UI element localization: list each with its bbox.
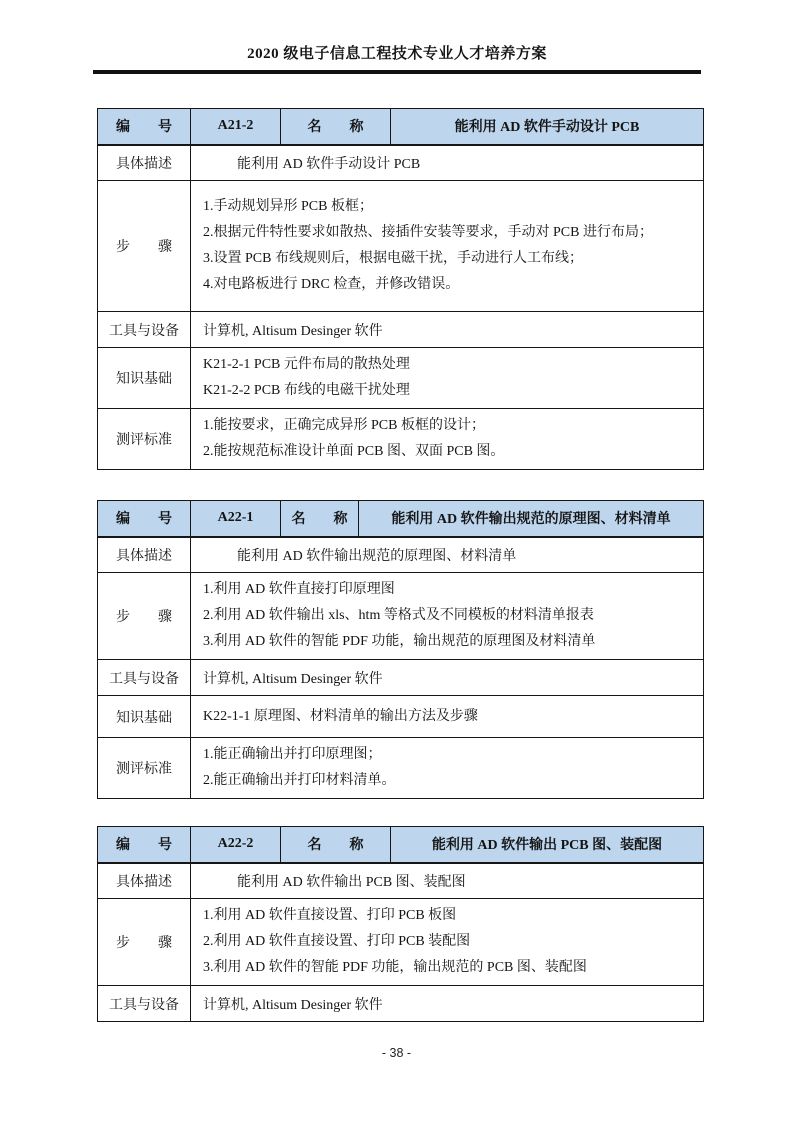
assessment-label: 测评标准 — [98, 738, 191, 799]
tools-label: 工具与设备 — [98, 986, 191, 1022]
knowledge-value: K21-2-1 PCB 元件布局的散热处理 K21-2-2 PCB 布线的电磁干… — [191, 348, 704, 409]
knowledge-label: 知识基础 — [98, 348, 191, 409]
assessment-row: 测评标准 1.能正确输出并打印原理图； 2.能正确输出并打印材料清单。 — [98, 738, 704, 799]
description-label: 具体描述 — [98, 537, 191, 573]
table-header-row: 编 号 A21-2 名 称 能利用 AD 软件手动设计 PCB — [98, 109, 704, 145]
competency-id: A22-1 — [191, 501, 281, 537]
knowledge-label: 知识基础 — [98, 696, 191, 738]
knowledge-row: 知识基础 K22-1-1 原理图、材料清单的输出方法及步骤 — [98, 696, 704, 738]
competency-name: 能利用 AD 软件输出规范的原理图、材料清单 — [359, 501, 704, 537]
assessment-label: 测评标准 — [98, 409, 191, 470]
description-value: 能利用 AD 软件输出 PCB 图、装配图 — [191, 863, 704, 899]
assessment-row: 测评标准 1.能按要求，正确完成异形 PCB 板框的设计； 2.能按规范标准设计… — [98, 409, 704, 470]
steps-value: 1.利用 AD 软件直接设置、打印 PCB 板图 2.利用 AD 软件直接设置、… — [191, 899, 704, 986]
steps-row: 步 骤 1.手动规划异形 PCB 板框； 2.根据元件特性要求如散热、接插件安装… — [98, 181, 704, 312]
name-label: 名 称 — [281, 501, 359, 537]
steps-row: 步 骤 1.利用 AD 软件直接设置、打印 PCB 板图 2.利用 AD 软件直… — [98, 899, 704, 986]
knowledge-value: K22-1-1 原理图、材料清单的输出方法及步骤 — [191, 696, 704, 738]
name-label: 名 称 — [281, 827, 391, 863]
tools-value: 计算机, Altisum Desinger 软件 — [191, 660, 704, 696]
competency-table-a21-2: 编 号 A21-2 名 称 能利用 AD 软件手动设计 PCB 具体描述 能利用… — [97, 108, 704, 470]
assessment-value: 1.能正确输出并打印原理图； 2.能正确输出并打印材料清单。 — [191, 738, 704, 799]
knowledge-row: 知识基础 K21-2-1 PCB 元件布局的散热处理 K21-2-2 PCB 布… — [98, 348, 704, 409]
steps-label: 步 骤 — [98, 573, 191, 660]
competency-name: 能利用 AD 软件手动设计 PCB — [391, 109, 704, 145]
table-header-row: 编 号 A22-2 名 称 能利用 AD 软件输出 PCB 图、装配图 — [98, 827, 704, 863]
description-value: 能利用 AD 软件手动设计 PCB — [191, 145, 704, 181]
name-label: 名 称 — [281, 109, 391, 145]
description-row: 具体描述 能利用 AD 软件手动设计 PCB — [98, 145, 704, 181]
tools-row: 工具与设备 计算机, Altisum Desinger 软件 — [98, 660, 704, 696]
tools-row: 工具与设备 计算机, Altisum Desinger 软件 — [98, 986, 704, 1022]
assessment-value: 1.能按要求，正确完成异形 PCB 板框的设计； 2.能按规范标准设计单面 PC… — [191, 409, 704, 470]
competency-table-a22-2: 编 号 A22-2 名 称 能利用 AD 软件输出 PCB 图、装配图 具体描述… — [97, 826, 704, 1022]
competency-table-a22-1: 编 号 A22-1 名 称 能利用 AD 软件输出规范的原理图、材料清单 具体描… — [97, 500, 704, 799]
steps-label: 步 骤 — [98, 899, 191, 986]
competency-id: A22-2 — [191, 827, 281, 863]
id-label: 编 号 — [98, 827, 191, 863]
tools-value: 计算机, Altisum Desinger 软件 — [191, 312, 704, 348]
steps-row: 步 骤 1.利用 AD 软件直接打印原理图 2.利用 AD 软件输出 xls、h… — [98, 573, 704, 660]
table-header-row: 编 号 A22-1 名 称 能利用 AD 软件输出规范的原理图、材料清单 — [98, 501, 704, 537]
competency-id: A21-2 — [191, 109, 281, 145]
tools-row: 工具与设备 计算机, Altisum Desinger 软件 — [98, 312, 704, 348]
page-number: - 38 - — [0, 1046, 793, 1060]
description-value: 能利用 AD 软件输出规范的原理图、材料清单 — [191, 537, 704, 573]
description-row: 具体描述 能利用 AD 软件输出规范的原理图、材料清单 — [98, 537, 704, 573]
header-rule — [93, 70, 701, 74]
id-label: 编 号 — [98, 501, 191, 537]
competency-name: 能利用 AD 软件输出 PCB 图、装配图 — [391, 827, 704, 863]
steps-label: 步 骤 — [98, 181, 191, 312]
id-label: 编 号 — [98, 109, 191, 145]
tools-label: 工具与设备 — [98, 660, 191, 696]
tools-value: 计算机, Altisum Desinger 软件 — [191, 986, 704, 1022]
steps-value: 1.利用 AD 软件直接打印原理图 2.利用 AD 软件输出 xls、htm 等… — [191, 573, 704, 660]
description-row: 具体描述 能利用 AD 软件输出 PCB 图、装配图 — [98, 863, 704, 899]
description-label: 具体描述 — [98, 863, 191, 899]
document-title: 2020 级电子信息工程技术专业人才培养方案 — [94, 0, 700, 63]
steps-value: 1.手动规划异形 PCB 板框； 2.根据元件特性要求如散热、接插件安装等要求，… — [191, 181, 704, 312]
tools-label: 工具与设备 — [98, 312, 191, 348]
description-label: 具体描述 — [98, 145, 191, 181]
